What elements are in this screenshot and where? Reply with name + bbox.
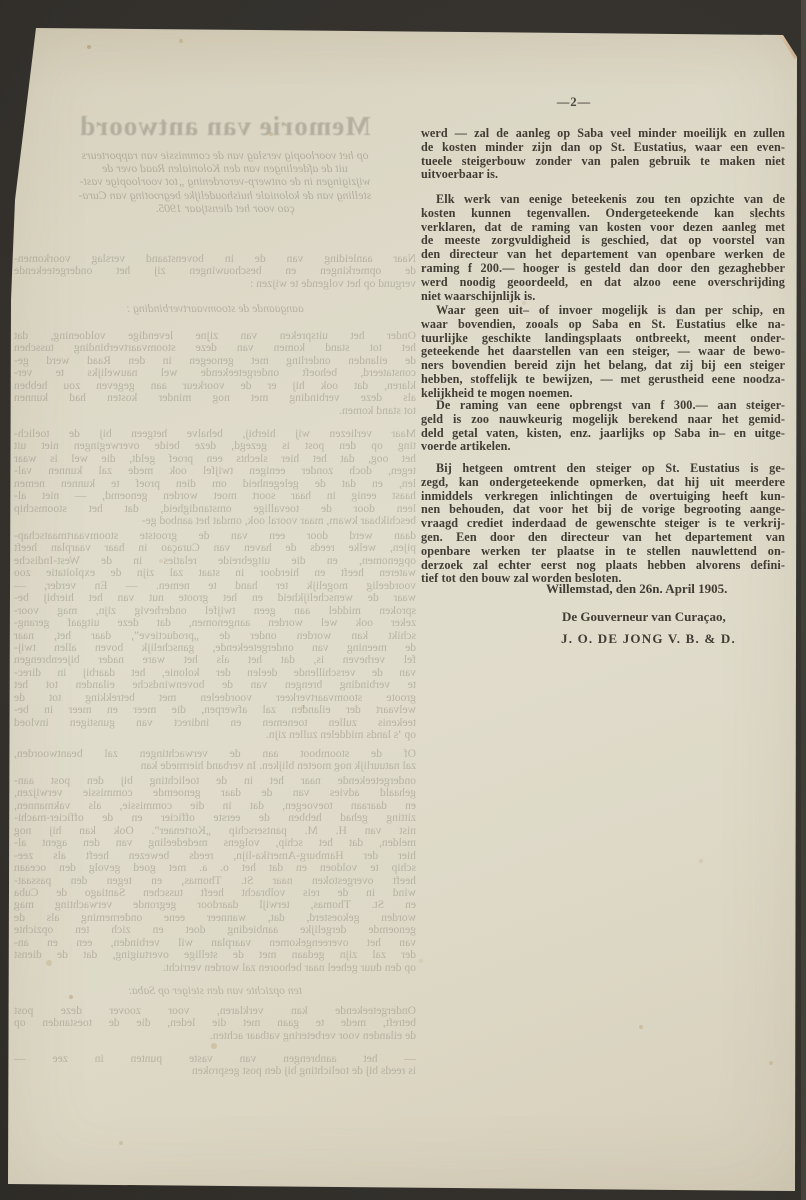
text-line: worden gekoesterd, dat, wanneer eene ond…	[14, 912, 416, 924]
text-line: çao voor het dienstjaar 1905.	[38, 202, 412, 215]
text-line: der zal zijn gedaan met de stellige over…	[14, 949, 416, 961]
text-line: inmiddels verkregen inlichtingen de over…	[421, 490, 785, 504]
text-line: en daaraan toevoegen, dat in die commiss…	[14, 800, 416, 812]
text-line: uitvoerbaar is.	[421, 168, 785, 182]
text-line: Ondergeteekende kan verklaren, voor zoov…	[14, 1005, 416, 1017]
text-line: heeft overgestoken naar St. Thomas, en t…	[14, 875, 416, 887]
text-line: Of de stoomboot aan de verwachtingen zal…	[14, 748, 416, 760]
text-line: vergund op het volgende te wijzen :	[14, 278, 416, 290]
text-line: De raming van eene opbrengst van f 300.—…	[421, 399, 785, 413]
text-line: beschikbaar kwam, maar vooral ook, omdat…	[14, 515, 416, 527]
text-line: op den duur geheel naar behooren zal wor…	[14, 962, 416, 974]
text-line: werd — zal de aanleg op Saba veel minder…	[421, 127, 785, 141]
text-line: opgenomen, en die uitgebreide relaties i…	[14, 555, 416, 567]
text-line: Elk werk van eenige beteekenis zou ten o…	[421, 193, 785, 207]
text-line: leen door de toevallige omstandigheid, d…	[14, 503, 416, 515]
text-line: groote stoomvaartverkeer voordeelen met …	[14, 692, 416, 704]
text-line: als deze verbinding met nog minder koste…	[14, 392, 416, 404]
text-line: waar bovendien, zooals op Saba en St. Eu…	[421, 318, 785, 332]
text-line: pijen, welke reeds de haven van Curaçao …	[14, 542, 416, 554]
text-line: en St. Thomas, terwijl daardoor gegronde…	[14, 899, 416, 911]
text-line: deld getal vaten, kisten, enz. jaarlijks…	[421, 427, 785, 441]
text-line: daan werd door een van de grootste stoom…	[14, 530, 416, 542]
text-line: raming f 200.— hooger is gesteld dan doo…	[421, 262, 785, 276]
body-paragraph-1: werd — zal de aanleg op Saba veel minder…	[421, 127, 785, 182]
text-line: zitting gehad hebben de eerste officier …	[14, 812, 416, 824]
text-line: het tot stand komen van deze stoomvaartv…	[14, 342, 416, 354]
text-line: wijzigingen in de ontwerp-verordening „t…	[38, 175, 412, 188]
text-line: van het overeengekomen vaarplan wil verb…	[14, 937, 416, 949]
text-line: geteekende het daarstellen van een steig…	[421, 345, 785, 359]
bleedthrough-block: Ondergeteekende kan verklaren, voor zoov…	[14, 1005, 416, 1042]
bleedthrough-block: — het aanbrengen van vaste punten in zee…	[14, 1053, 416, 1078]
adjacent-page-edge	[801, 0, 806, 1200]
text-line: de meeste zorgvuldigheid is geschied, da…	[421, 234, 785, 248]
text-line: melden, dat het schip, volgens mededeeli…	[14, 837, 416, 849]
body-paragraph-4: De raming van eene opbrengst van f 300.—…	[421, 399, 785, 454]
text-line: uit de afdeelingen van den Kolonialen Ra…	[38, 162, 412, 175]
text-line: schip te voldoen en dat het o. a. met go…	[14, 862, 416, 874]
text-line: voerde artikelen.	[421, 440, 785, 454]
text-line: gen. Een door den directeur van het depa…	[421, 531, 785, 545]
scanner-background: Memorie van antwoord op het voorloopig v…	[0, 0, 806, 1200]
text-line: — het aanbrengen van vaste punten in zee…	[14, 1053, 416, 1065]
text-line: ondergeteekende naar het in de toelichti…	[14, 775, 416, 787]
text-line: Waar geen uit– of invoer mogelijk is dan…	[421, 304, 785, 318]
paper-shading	[0, 0, 806, 90]
text-line: Bij hetgeen omtrent den steiger op St. E…	[421, 462, 785, 476]
text-line: welvaart der eilanden zal afwerpen, die …	[14, 704, 416, 716]
paper-sheet: Memorie van antwoord op het voorloopig v…	[0, 0, 806, 1200]
text-line: den directeur van het departement van op…	[421, 248, 785, 262]
text-line: schikt kan worden onder de „productieve”…	[14, 630, 416, 642]
body-paragraph-2: Elk werk van eenige beteekenis zou ten o…	[421, 193, 785, 303]
text-line: tegen, doch zonder eenigen twijfel ook m…	[14, 465, 416, 477]
text-line: is reeds bij de toelichting bij den post…	[14, 1065, 416, 1077]
text-line: genoemde dergelijke aanbieding doet en z…	[14, 924, 416, 936]
text-line: openbare werken ter plaatse in te stelle…	[421, 545, 785, 559]
text-line: klaren, dat ook hij er de voorkeur aan g…	[14, 380, 416, 392]
text-line: hebben, stoffelijk te bewijzen, — met ge…	[421, 373, 785, 387]
bleedthrough-block: Of de stoomboot aan de verwachtingen zal…	[14, 748, 416, 773]
text-line: nist van H. M. pantserschip „Kortenaer”.…	[14, 825, 416, 837]
text-line: zal natuurlijk nog moeten blijken. In ve…	[14, 760, 416, 772]
text-line: fel verheven is, dat het als het ware na…	[14, 654, 416, 666]
text-line: nen behouden, dat voor het bij de vorige…	[421, 503, 785, 517]
text-line: wind in de reis volbracht heeft tusschen…	[14, 887, 416, 899]
text-line: tot stand komen.	[14, 405, 416, 417]
bleedthrough-title: Memorie van antwoord	[40, 111, 410, 142]
text-line: waar de wenschelijkheid en het groote nu…	[14, 592, 416, 604]
text-line: ners bovendien bereid zijn het belang, d…	[421, 359, 785, 373]
text-line: gehaald advies van de daar genoemde comm…	[14, 787, 416, 799]
text-line: de opmerkingen en beschouwingen zij het …	[14, 265, 416, 277]
signatory-name: J. O. DE JONG V. B. & D.	[561, 631, 736, 647]
bleedthrough-subtitle: op het voorloopig verslag van de commiss…	[38, 149, 412, 215]
text-line: tuurlijke geschikte landingsplaats ontbr…	[421, 332, 785, 346]
text-line: voordeelig mogelijk ter hand te nemen. —…	[14, 580, 416, 592]
text-line: kosten kunnen tegenvallen. Ondergeteeken…	[421, 207, 785, 221]
text-line: het oog, dat het hier slechts een proef …	[14, 453, 416, 465]
text-line: de meening van ondergeteekende, ganschel…	[14, 642, 416, 654]
body-paragraph-3: Waar geen uit– of invoer mogelijk is dan…	[421, 304, 785, 401]
text-line: wateren heeft en hierdoor in staat zal z…	[14, 567, 416, 579]
closing-place-date: Willemstad, den 26n. April 1905.	[546, 581, 727, 597]
body-paragraph-5: Bij hetgeen omtrent den steiger op St. E…	[421, 462, 785, 586]
bleedthrough-block: daan werd door een van de grootste stoom…	[14, 530, 416, 741]
text-line: Onder het uitspreken van zijne levendige…	[14, 330, 416, 342]
text-line: tueele steigerbouw zonder van palen gebr…	[421, 155, 785, 169]
text-line: aangaande de stoomvaartverbinding :	[14, 303, 416, 315]
text-line: len, en dat de gelegenheid om dien proef…	[14, 478, 416, 490]
text-line: betreft, mede te gaan met die leden, die…	[14, 1017, 416, 1029]
bleedthrough-block: Maar verliezen wij hierbij, behalve hetg…	[14, 428, 416, 528]
text-line: te verbinding brengen van de bovenwindsc…	[14, 679, 416, 691]
text-line: werd noodig geoordeeld, en dat alzoo een…	[421, 276, 785, 290]
text-line: teekenis zullen toenemen en indirect van…	[14, 717, 416, 729]
text-line: ten opzichte van den steiger op Saba:	[14, 985, 416, 997]
text-line: verklaren, dat de raming van kosten voor…	[421, 221, 785, 235]
bleedthrough-block: Onder het uitspreken van zijne levendige…	[14, 330, 416, 417]
bleedthrough-block: ondergeteekende naar het in de toelichti…	[14, 775, 416, 974]
text-line: ting op den post is gezegd, deze beide o…	[14, 440, 416, 452]
text-line: derzoek zal echter eerst nog plaats hebb…	[421, 559, 785, 573]
text-line: Naar aanleiding van de in bovenstaand ve…	[14, 253, 416, 265]
bleedthrough-heading: ten opzichte van den steiger op Saba:	[14, 985, 416, 997]
text-line: op het voorloopig verslag van de commiss…	[38, 149, 412, 162]
text-line: de eilanden voor verbetering vatbaar ach…	[14, 1030, 416, 1042]
text-line: vraagd crediet inderdaad de gewenschte s…	[421, 517, 785, 531]
text-line: haast eenig in haar soort moet worden ge…	[14, 490, 416, 502]
text-line: op ’s lands middelen zullen zijn.	[14, 729, 416, 741]
text-line: hier der Hamburg-Amerika-lijn, reeds bew…	[14, 850, 416, 862]
text-line: van de verschillende deelen der kolonie,…	[14, 667, 416, 679]
text-line: de kosten minder zijn dan op St. Eustati…	[421, 141, 785, 155]
text-line: de eilanden onderling met genoegen in de…	[14, 355, 416, 367]
page-number: —2—	[421, 95, 727, 110]
text-line: sproken middel aan geen twijfel onderhev…	[14, 605, 416, 617]
text-line: constateerd, behoeft ondergeteekende wel…	[14, 367, 416, 379]
signatory-title: De Gouverneur van Curaçao,	[562, 609, 726, 625]
text-line: niet waarschijnlijk is.	[421, 290, 785, 304]
bleedthrough-heading: aangaande de stoomvaartverbinding :	[14, 303, 416, 315]
text-line: zeker ook wel worden aangenomen, dat dez…	[14, 617, 416, 629]
text-line: zegd, kan ondergeteekende opmerken, dat …	[421, 476, 785, 490]
bleedthrough-block: Naar aanleiding van de in bovenstaand ve…	[14, 253, 416, 290]
text-line: stelling van de koloniale huishoudelijke…	[38, 189, 412, 202]
text-line: Maar verliezen wij hierbij, behalve hetg…	[14, 428, 416, 440]
text-line: geld is zoo nauwkeurig mogelijk berekend…	[421, 413, 785, 427]
paper-foxing-speckles	[0, 0, 2, 2]
